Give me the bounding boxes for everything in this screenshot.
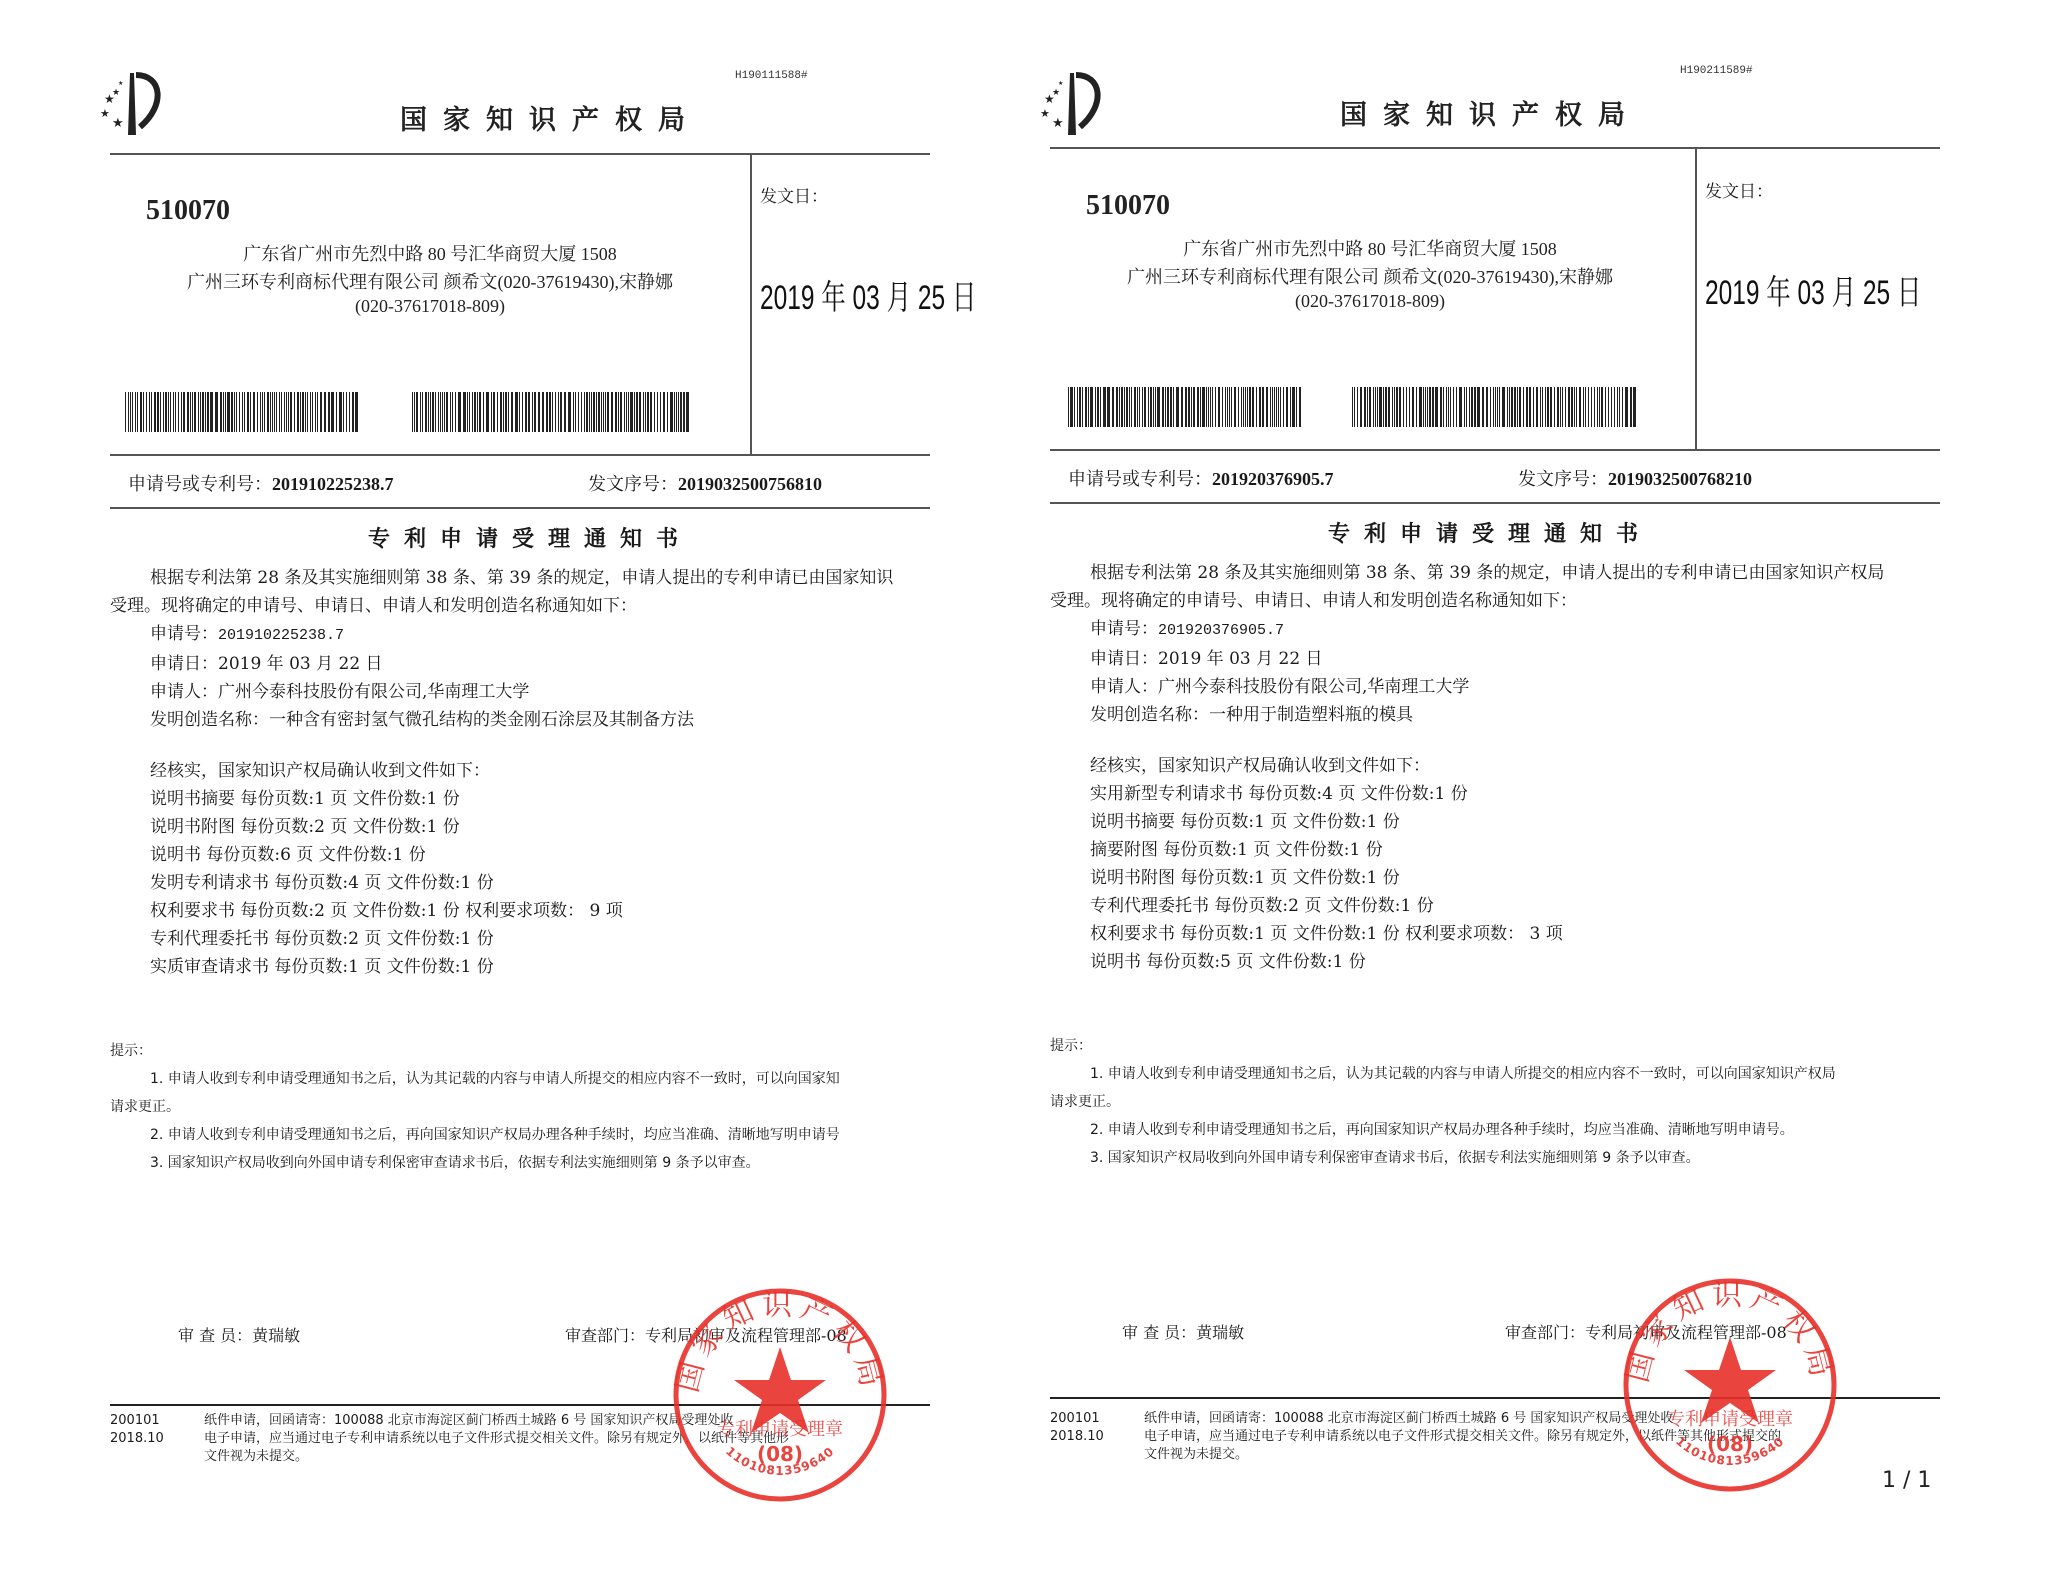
received-documents: 经核实，国家知识产权局确认收到文件如下： 说明书摘要 每份页数:1 页 文件份数… [110,757,930,981]
notice-page-2: ★ ★ ★ ★ ★ 国家知识产权局 H190211589# 510070 广东省… [1050,0,1950,1589]
serial-no-label: 发文序号： [588,474,678,495]
examiner: 审 查 员：黄瑞敏 [178,1323,300,1346]
address-divider [750,153,752,455]
footer-line: 纸件申请，回函请寄：100088 北京市海淀区蓟门桥西土城路 6 号 国家知识产… [1144,1410,1673,1428]
phone-line: (020-37617018-809) [1050,291,1690,312]
address-bottom-rule [110,454,930,456]
footer-line: 纸件申请，回函请寄：100088 北京市海淀区蓟门桥西土城路 6 号 国家知识产… [204,1412,733,1430]
document-item: 实用新型专利请求书 每份页数:4 页 文件份数:1 份 [1050,780,1870,808]
svg-text:★: ★ [1052,88,1060,98]
tips-section: 提示： 1. 申请人收到专利申请受理通知书之后，认为其记载的内容与申请人所提交的… [110,1037,930,1177]
document-item: 说明书附图 每份页数:2 页 文件份数:1 份 [110,813,930,841]
document-item: 说明书摘要 每份页数:1 页 文件份数:1 份 [1050,808,1870,836]
tips-label: 提示： [1050,1032,1870,1060]
form-code: 200101 [1050,1410,1100,1428]
issue-date-label: 发文日： [760,182,828,207]
meta-rule [1050,502,1940,504]
field-applicant: 申请人：广州今泰科技股份有限公司,华南理工大学 [1050,673,1870,701]
phone-line: (020-37617018-809) [110,296,750,317]
examiner: 审 查 员：黄瑞敏 [1122,1320,1244,1343]
field-invention-title: 发明创造名称：一种用于制造塑料瓶的模具 [1050,701,1870,729]
notice-title: 专利申请受理通知书 [1050,517,1930,548]
address-line: 广东省广州市先烈中路 80 号汇华商贸大厦 1508 [110,240,750,266]
meta-row: 申请号或专利号：201920376905.7 发文序号：201903250076… [1068,465,1908,491]
tip-item: 1. 申请人收到专利申请受理通知书之后，认为其记载的内容与申请人所提交的相应内容… [110,1065,930,1093]
notice-title: 专利申请受理通知书 [110,522,950,553]
field-application-date: 申请日：2019 年 03 月 22 日 [110,650,930,678]
field-invention-title: 发明创造名称：一种含有密封氢气微孔结构的类金刚石涂层及其制备方法 [110,706,930,734]
office-title: 国家知识产权局 [400,98,701,137]
document-item: 说明书附图 每份页数:1 页 文件份数:1 份 [1050,864,1870,892]
agency-line: 广州三环专利商标代理有限公司 颜希文(020-37619430),宋静娜 [110,268,750,294]
intro-text: 根据专利法第 28 条及其实施细则第 38 条、第 39 条的规定，申请人提出的… [110,564,930,734]
tips-label: 提示： [110,1037,930,1065]
application-no-label: 申请号或专利号： [128,474,272,495]
intro-line: 受理。现将确定的申请号、申请日、申请人和发明创造名称通知如下： [110,592,930,620]
tip-item: 2. 申请人收到专利申请受理通知书之后，再向国家知识产权局办理各种手续时，均应当… [1050,1116,1870,1144]
serial-no: 2019032500756810 [678,474,822,494]
tip-item: 请求更正。 [110,1093,930,1121]
document-item: 说明书摘要 每份页数:1 页 文件份数:1 份 [110,785,930,813]
document-item: 实质审查请求书 每份页数:1 页 文件份数:1 份 [110,953,930,981]
form-version: 2018.10 [1050,1428,1104,1446]
address-bottom-rule [1050,449,1940,451]
svg-text:专利申请受理章: 专利申请受理章 [1667,1409,1793,1430]
footer-line: 文件视为未提交。 [204,1448,308,1466]
svg-text:★: ★ [1052,116,1064,131]
intro-line: 根据专利法第 28 条及其实施细则第 38 条、第 39 条的规定，申请人提出的… [1050,559,1870,587]
tip-item: 3. 国家知识产权局收到向外国申请专利保密审查请求书后，依据专利法实施细则第 9… [110,1149,930,1177]
document-item: 摘要附图 每份页数:1 页 文件份数:1 份 [1050,836,1870,864]
official-seal-icon: 国家知识产权局 专利申请受理章 (08) 1101081359640 [1620,1275,1840,1495]
postcode: 510070 [146,195,230,227]
meta-row: 申请号或专利号：201910225238.7 发文序号：201903250075… [128,470,968,496]
footer-line: 文件视为未提交。 [1144,1446,1248,1464]
address-divider [1695,147,1697,449]
issue-date: 2019 年 03 月 25 日 [760,270,976,319]
office-title: 国家知识产权局 [1340,93,1641,132]
tips-section: 提示： 1. 申请人收到专利申请受理通知书之后，认为其记载的内容与申请人所提交的… [1050,1032,1870,1172]
barcode-1 [1068,387,1303,427]
document-item: 说明书 每份页数:6 页 文件份数:1 份 [110,841,930,869]
document-item: 专利代理委托书 每份页数:2 页 文件份数:1 份 [1050,892,1870,920]
document-item: 说明书 每份页数:5 页 文件份数:1 份 [1050,948,1870,976]
tip-item: 请求更正。 [1050,1088,1870,1116]
meta-rule [110,507,930,509]
serial-no: 2019032500768210 [1608,469,1752,489]
notice-page-1: ★ ★ ★ ★ ★ 国家知识产权局 H190111588# 510070 广东省… [110,0,1010,1589]
application-no-label: 申请号或专利号： [1068,469,1212,490]
postcode: 510070 [1086,190,1170,222]
serial-no-label: 发文序号： [1518,469,1608,490]
barcode-2 [1352,387,1637,427]
barcode-1 [125,392,360,432]
application-no: 201910225238.7 [272,474,394,494]
field-applicant: 申请人：广州今泰科技股份有限公司,华南理工大学 [110,678,930,706]
received-intro: 经核实，国家知识产权局确认收到文件如下： [1050,752,1870,780]
address-line: 广东省广州市先烈中路 80 号汇华商贸大厦 1508 [1050,235,1690,261]
document-item: 专利代理委托书 每份页数:2 页 文件份数:1 份 [110,925,930,953]
document-item: 权利要求书 每份页数:2 页 文件份数:1 份 权利要求项数： 9 项 [110,897,930,925]
field-application-date: 申请日：2019 年 03 月 22 日 [1050,645,1870,673]
document-code: H190111588# [735,70,808,82]
intro-line: 受理。现将确定的申请号、申请日、申请人和发明创造名称通知如下： [1050,587,1870,615]
intro-line: 根据专利法第 28 条及其实施细则第 38 条、第 39 条的规定，申请人提出的… [110,564,930,592]
svg-text:★: ★ [100,107,110,120]
svg-text:★: ★ [1040,107,1050,120]
header-rule [1050,147,1940,149]
barcode-2 [412,392,692,432]
tip-item: 2. 申请人收到专利申请受理通知书之后，再向国家知识产权局办理各种手续时，均应当… [110,1121,930,1149]
tip-item: 3. 国家知识产权局收到向外国申请专利保密审查请求书后，依据专利法实施细则第 9… [1050,1144,1870,1172]
agency-line: 广州三环专利商标代理有限公司 颜希文(020-37619430),宋静娜 [1050,263,1690,289]
issue-date-label: 发文日： [1705,177,1773,202]
application-no: 201920376905.7 [1212,469,1334,489]
official-seal-icon: 国家知识产权局 专利申请受理章 (08) 1101081359640 [670,1285,890,1505]
intro-text: 根据专利法第 28 条及其实施细则第 38 条、第 39 条的规定，申请人提出的… [1050,559,1870,729]
document-item: 权利要求书 每份页数:1 页 文件份数:1 份 权利要求项数： 3 项 [1050,920,1870,948]
svg-text:★: ★ [1058,80,1063,87]
tip-item: 1. 申请人收到专利申请受理通知书之后，认为其记载的内容与申请人所提交的相应内容… [1050,1060,1870,1088]
issue-date: 2019 年 03 月 25 日 [1705,265,1921,314]
field-application-no: 申请号：201910225238.7 [110,620,930,650]
svg-text:★: ★ [112,88,120,98]
page-indicator: 1 / 1 [1882,1468,1931,1493]
cnipa-logo-icon: ★ ★ ★ ★ ★ [1040,65,1110,137]
svg-text:★: ★ [118,80,123,87]
received-intro: 经核实，国家知识产权局确认收到文件如下： [110,757,930,785]
document-code: H190211589# [1680,65,1753,77]
form-code: 200101 [110,1412,160,1430]
cnipa-logo-icon: ★ ★ ★ ★ ★ [100,65,170,137]
received-documents: 经核实，国家知识产权局确认收到文件如下： 实用新型专利请求书 每份页数:4 页 … [1050,752,1870,976]
header-rule [110,153,930,155]
form-version: 2018.10 [110,1430,164,1448]
svg-text:专利申请受理章: 专利申请受理章 [717,1419,843,1440]
field-application-no: 申请号：201920376905.7 [1050,615,1870,645]
document-item: 发明专利请求书 每份页数:4 页 文件份数:1 份 [110,869,930,897]
svg-text:★: ★ [112,116,124,131]
